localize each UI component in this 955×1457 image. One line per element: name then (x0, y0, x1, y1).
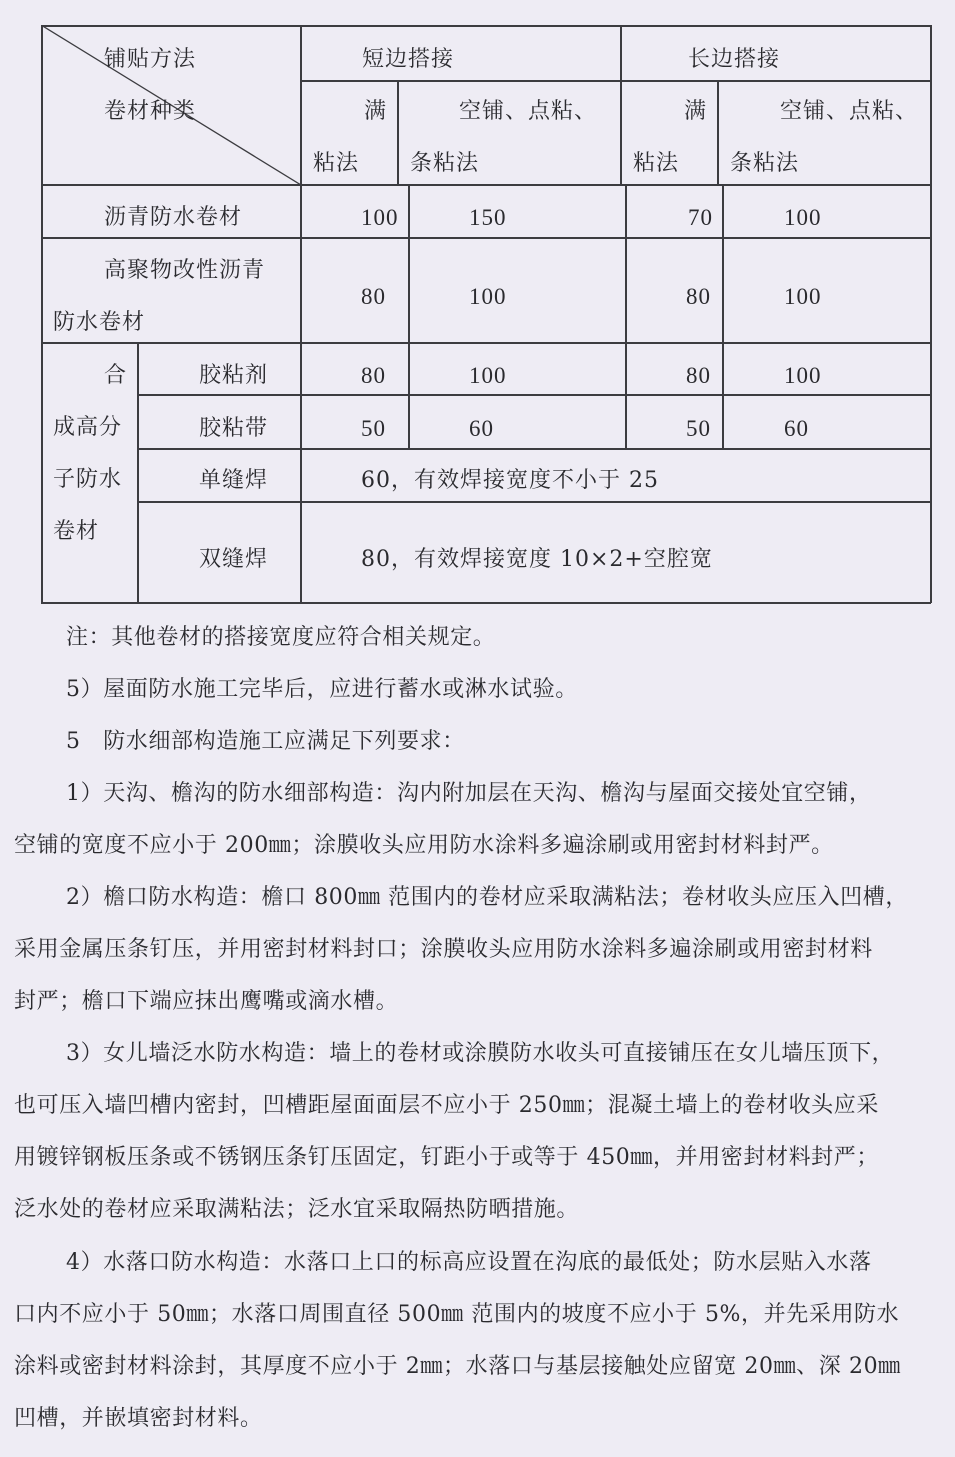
table-rule (717, 80, 719, 185)
paragraph-2-line: 采用金属压条钉压，并用密封材料封口；涂膜收头应用防水涂料多遍涂刷或用密封材料 (14, 937, 873, 963)
paragraph-4-line: 凹槽，并嵌填密封材料。 (14, 1406, 263, 1432)
lap-width-table: 铺贴方法 卷材种类 短边搭接 长边搭接 满 粘法 空铺、点粘、 条粘法 满 粘法… (0, 0, 955, 610)
cell-value: 100 (784, 205, 822, 231)
paragraph-4-line: 口内不应小于 50㎜；水落口周围直径 500㎜ 范围内的坡度不应小于 5%，并先… (14, 1302, 899, 1328)
table-border-right (930, 25, 932, 603)
table-rule (397, 80, 399, 185)
table-rule (408, 184, 410, 449)
subrow-label-single-seam-weld: 单缝焊 (199, 468, 268, 494)
table-note: 注：其他卷材的搭接宽度应符合相关规定。 (66, 625, 495, 651)
row-label-synthetic-polymer: 合 (104, 363, 127, 389)
paragraph-2-line: 封严；檐口下端应抹出鹰嘴或滴水槽。 (14, 989, 398, 1015)
cell-value: 100 (469, 284, 507, 310)
group-header-long-edge: 长边搭接 (688, 47, 780, 73)
paragraph-4-line: 4）水落口防水构造：水落口上口的标高应设置在沟底的最低处；防水层贴入水落 (66, 1250, 872, 1276)
row-label-synthetic-polymer: 子防水 (53, 467, 122, 493)
table-rule (41, 342, 931, 344)
document-page: 铺贴方法 卷材种类 短边搭接 长边搭接 满 粘法 空铺、点粘、 条粘法 满 粘法… (0, 0, 955, 1457)
corner-header-material: 卷材种类 (104, 99, 196, 125)
table-rule (137, 448, 931, 450)
cell-value: 100 (784, 284, 822, 310)
table-rule (300, 80, 931, 82)
row-label-synthetic-polymer: 卷材 (53, 519, 99, 545)
cell-value: 60 (469, 416, 494, 442)
table-rule (722, 184, 724, 449)
cell-value: 50 (361, 416, 386, 442)
table-rule (625, 184, 627, 449)
cell-value: 80 (686, 284, 711, 310)
cell-value: 80 (361, 284, 386, 310)
cell-value: 100 (361, 205, 399, 231)
section-5-heading: 5 防水细部构造施工应满足下列要求： (66, 729, 465, 755)
table-border-bottom (41, 602, 931, 604)
paragraph-3-line: 3）女儿墙泛水防水构造：墙上的卷材或涂膜防水收头可直接铺压在女儿墙压顶下， (66, 1041, 894, 1067)
table-rule (137, 501, 931, 503)
subheader-full-bond: 满 (684, 99, 707, 125)
paragraph-3-line: 也可压入墙凹槽内密封，凹槽距屋面面层不应小于 250㎜；混凝土墙上的卷材收头应采 (14, 1093, 879, 1119)
cell-value: 150 (469, 205, 507, 231)
cell-value: 50 (686, 416, 711, 442)
row-label-asphalt: 沥青防水卷材 (104, 205, 242, 231)
subheader-full-bond: 满 (364, 99, 387, 125)
paragraph-3-line: 用镀锌钢板压条或不锈钢压条钉压固定，钉距小于或等于 450㎜，并用密封材料封严； (14, 1145, 879, 1171)
subheader-partial-bond: 条粘法 (410, 151, 479, 177)
paragraph-2-line: 2）檐口防水构造：檐口 800㎜ 范围内的卷材应采取满粘法；卷材收头应压入凹槽， (66, 885, 908, 911)
paragraph-4-line: 涂料或密封材料涂封，其厚度不应小于 2㎜；水落口与基层接触处应留宽 20㎜、深 … (14, 1354, 901, 1380)
subheader-partial-bond: 条粘法 (730, 151, 799, 177)
subrow-label-adhesive: 胶粘剂 (199, 363, 268, 389)
paragraph-1-line: 空铺的宽度不应小于 200㎜；涂膜收头应用防水涂料多遍涂刷或用密封材料封严。 (14, 833, 834, 859)
table-rule (137, 394, 931, 396)
cell-value: 60 (784, 416, 809, 442)
subheader-full-bond: 粘法 (313, 151, 359, 177)
row-label-polymer-modified: 高聚物改性沥青 (104, 258, 265, 284)
item-5-test: 5）屋面防水施工完毕后，应进行蓄水或淋水试验。 (66, 677, 578, 703)
table-rule (620, 25, 622, 185)
subheader-partial-bond: 空铺、点粘、 (459, 99, 597, 125)
row-label-synthetic-polymer: 成高分 (53, 415, 122, 441)
cell-value: 70 (688, 205, 713, 231)
cell-value: 80 (686, 363, 711, 389)
table-rule (137, 342, 139, 603)
paragraph-1-line: 1）天沟、檐沟的防水细部构造：沟内附加层在天沟、檐沟与屋面交接处宜空铺， (66, 781, 872, 807)
cell-value: 100 (469, 363, 507, 389)
subrow-label-double-seam-weld: 双缝焊 (199, 547, 268, 573)
merged-cell-value: 80，有效焊接宽度 10×2+空腔宽 (361, 547, 713, 573)
group-header-short-edge: 短边搭接 (362, 47, 454, 73)
merged-cell-value: 60，有效焊接宽度不小于 25 (361, 468, 659, 494)
subheader-full-bond: 粘法 (633, 151, 679, 177)
cell-value: 100 (784, 363, 822, 389)
subrow-label-adhesive-tape: 胶粘带 (199, 416, 268, 442)
cell-value: 80 (361, 363, 386, 389)
table-rule (41, 237, 931, 239)
subheader-partial-bond: 空铺、点粘、 (780, 99, 918, 125)
row-label-polymer-modified: 防水卷材 (53, 310, 145, 336)
paragraph-3-line: 泛水处的卷材应采取满粘法；泛水宜采取隔热防晒措施。 (14, 1197, 579, 1223)
corner-header-method: 铺贴方法 (104, 47, 196, 73)
